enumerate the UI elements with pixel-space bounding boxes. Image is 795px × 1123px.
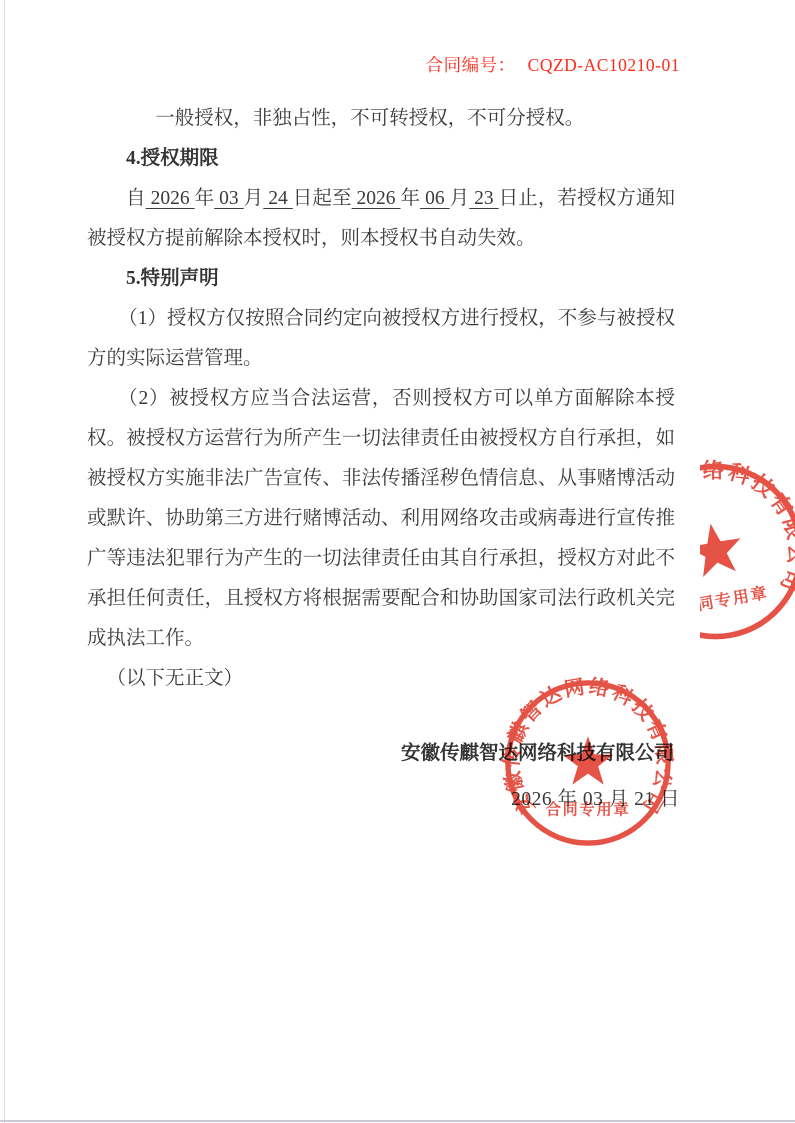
term-date-value-underlined: 24 xyxy=(263,188,292,209)
cross-page-seal-stamp: 安徽传麒智达网络科技有限公司 合同专用章 xyxy=(700,442,795,658)
contract-number-label: 合同编号： xyxy=(426,55,516,75)
term-text-segment: 日起至 xyxy=(293,188,352,209)
seal-subtitle-text: 合同专用章 xyxy=(546,801,631,819)
paragraph-general-authorization: 一般授权，非独占性，不可转授权，不可分授权。 xyxy=(87,99,675,139)
term-text-segment: 月 xyxy=(450,188,470,209)
seal-company-arc-text: 安徽传麒智达网络科技有限公司 xyxy=(700,442,795,627)
contract-number-value: CQZD-AC10210-01 xyxy=(528,55,680,75)
term-text-segment: 年 xyxy=(401,188,421,209)
paragraph-authorization-term: 自 2026 年 03 月 24 日起至 2026 年 06 月 23 日止，若… xyxy=(87,179,675,259)
contract-body: 一般授权，非独占性，不可转授权，不可分授权。 4.授权期限 自 2026 年 0… xyxy=(87,99,675,699)
seal-subtitle-text: 合同专用章 xyxy=(700,583,770,617)
heading-authorization-term: 4.授权期限 xyxy=(87,139,675,179)
paragraph-special-2: （2）被授权方应当合法运营，否则授权方可以单方面解除本授权。被授权方运营行为所产… xyxy=(87,379,675,659)
term-date-value-underlined: 2026 xyxy=(352,188,401,209)
company-seal-stamp: 安徽传麒智达网络科技有限公司 合同专用章 xyxy=(499,674,677,852)
term-date-value-underlined: 06 xyxy=(420,188,449,209)
contract-number: 合同编号：CQZD-AC10210-01 xyxy=(426,52,680,77)
edge-seal-clip-region: 安徽传麒智达网络科技有限公司 合同专用章 xyxy=(700,440,795,658)
term-date-value-underlined: 23 xyxy=(469,188,498,209)
page-left-border xyxy=(4,0,5,1123)
term-date-value-underlined: 2026 xyxy=(146,188,195,209)
seal-ring xyxy=(700,453,795,650)
term-text-segment: 自 xyxy=(126,188,146,209)
heading-special-statement: 5.特别声明 xyxy=(87,259,675,299)
seal-star-icon xyxy=(700,519,746,579)
term-date-value-underlined: 03 xyxy=(214,188,243,209)
paragraph-special-1: （1）授权方仅按照合同约定向被授权方进行授权，不参与被授权方的实际运营管理。 xyxy=(87,299,675,379)
term-text-segment: 月 xyxy=(244,188,264,209)
document-page: 合同编号：CQZD-AC10210-01 一般授权，非独占性，不可转授权，不可分… xyxy=(0,0,795,1123)
seal-star-icon xyxy=(563,736,614,784)
term-text-segment: 年 xyxy=(195,188,215,209)
page-bottom-border xyxy=(0,1120,795,1122)
